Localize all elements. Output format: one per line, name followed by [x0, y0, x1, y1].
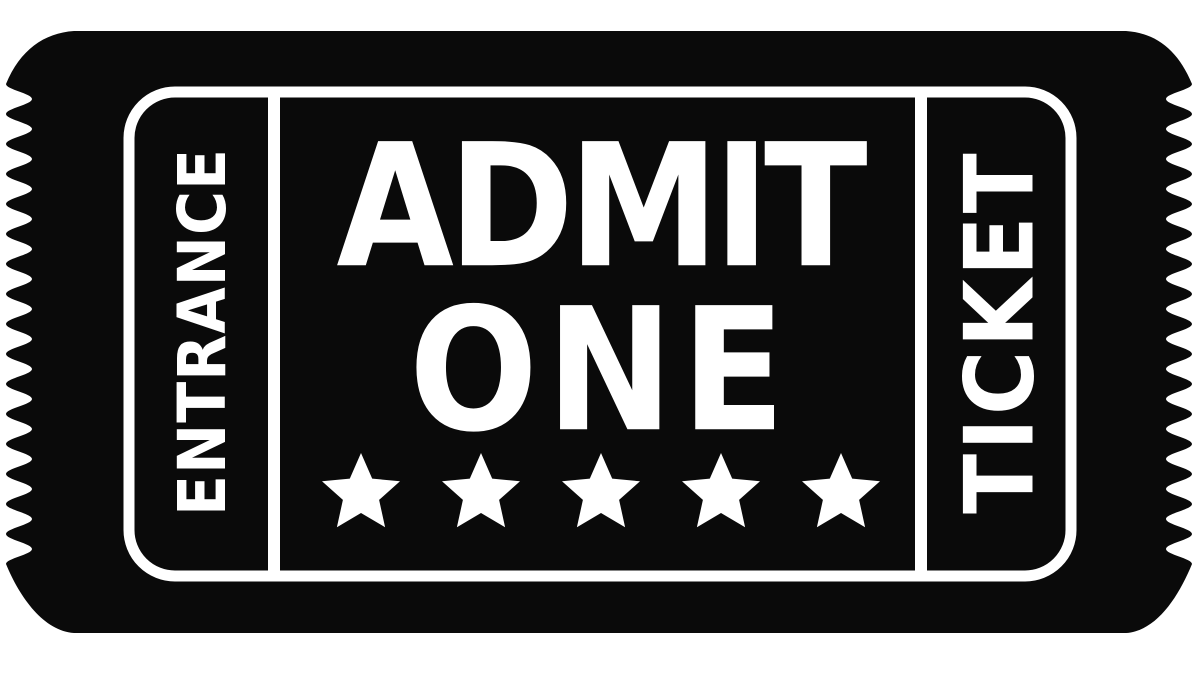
admit-text: ADMIT — [336, 122, 861, 292]
ticket-stub-label: TICKET — [952, 150, 1047, 514]
admit-one-ticket-graphic: ENTRANCE ADMIT ONE TICKET — [0, 0, 1200, 676]
entrance-stub-label: ENTRANCE — [170, 148, 236, 516]
one-text: ONE — [409, 286, 793, 456]
